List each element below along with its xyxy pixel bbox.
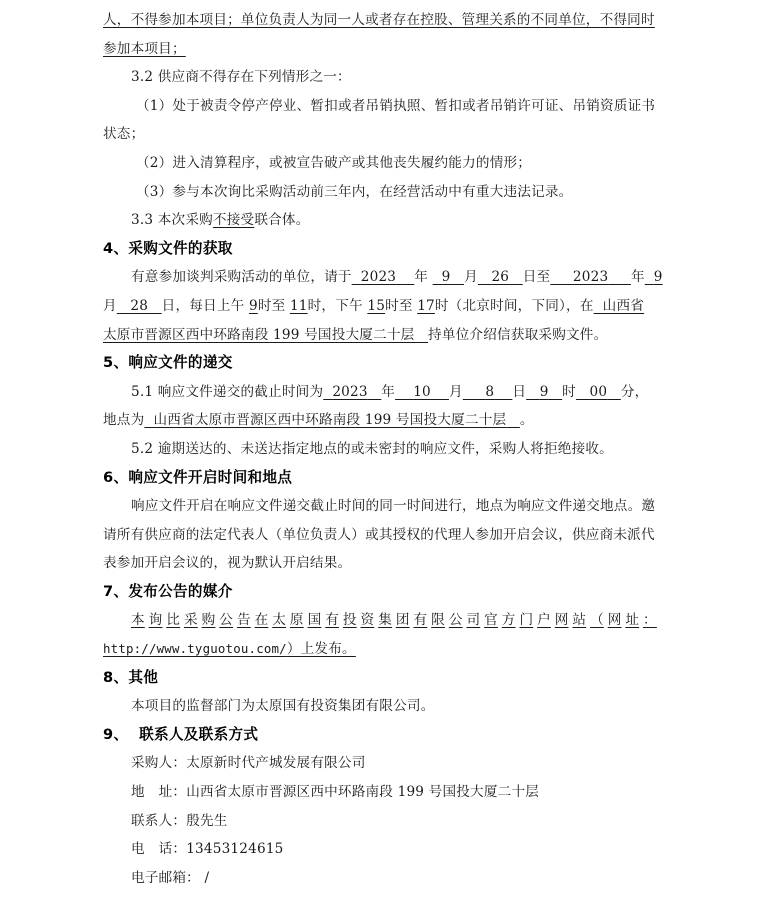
location-part1: 山西省 <box>594 292 644 321</box>
section-4-line1: 有意参加谈判采购活动的单位，请于 2023 年 9 月 26 日至 2023 年… <box>103 263 657 292</box>
contact-label: 采购人： <box>131 755 186 771</box>
char: 团 <box>396 606 410 635</box>
text: 。 <box>520 412 534 428</box>
document-page: 人，不得参加本项目；单位负责人为同一人或者存在控股、管理关系的不同单位，不得同时… <box>103 6 657 892</box>
pm-start: 15 <box>367 298 385 314</box>
char: 在 <box>255 606 269 635</box>
clause-3-2-item-2: （2）进入清算程序，或被宣告破产或其他丧失履约能力的情形； <box>103 149 657 178</box>
char: 国 <box>308 606 322 635</box>
text: 月 <box>103 298 117 314</box>
contact-value: 山西省太原市晋源区西中环路南段 199 号国投大厦二十层 <box>186 784 539 800</box>
text: ）上发布。 <box>287 641 356 657</box>
section-8-text: 本项目的监督部门为太原国有投资集团有限公司。 <box>103 692 657 721</box>
char: 告 <box>237 606 251 635</box>
section-6-line1: 响应文件开启在响应文件递交截止时间的同一时间进行，地点为响应文件递交地点。邀 <box>103 492 657 521</box>
deadline-day: 8 <box>463 378 513 407</box>
section-8-heading: 8、其他 <box>103 664 657 693</box>
text: 5.1 响应文件递交的截止时间为 <box>131 384 323 400</box>
start-year: 2023 <box>352 263 415 292</box>
text: 分， <box>621 384 649 400</box>
text: 月 <box>464 269 478 285</box>
underlined-text: 人，不得参加本项目；单位负责人为同一人或者存在控股、管理关系的不同单位，不得同时 <box>103 12 655 28</box>
text: 日至 <box>523 269 551 285</box>
deadline-hour: 9 <box>526 378 562 407</box>
contact-label: 电子邮箱： <box>131 870 200 886</box>
section-5-2: 5.2 逾期送达的、未送达指定地点的或未密封的响应文件，采购人将拒绝接收。 <box>103 435 657 464</box>
contact-address: 地 址：山西省太原市晋源区西中环路南段 199 号国投大厦二十层 <box>103 778 657 807</box>
text: 日 <box>512 384 526 400</box>
contact-person: 联系人：殷先生 <box>103 807 657 836</box>
publication-media-text: 本询比采购公告在太原国有投资集团有限公司官方门户网站（网址： <box>131 606 657 635</box>
para-3-1-line2: 参加本项目； <box>103 35 657 64</box>
section-4-heading: 4、采购文件的获取 <box>103 235 657 264</box>
char: 门 <box>519 606 533 635</box>
start-month: 9 <box>433 263 464 292</box>
pm-end: 17 <box>417 298 435 314</box>
contact-purchaser: 采购人：太原新时代产城发展有限公司 <box>103 749 657 778</box>
text: ，每日上午 <box>175 298 244 314</box>
text: 时（北京时间，下同），在 <box>435 298 594 314</box>
section-7-line2: http://www.tyguotou.com/）上发布。 <box>103 635 657 664</box>
char: 站 <box>572 606 586 635</box>
section-5-heading: 5、响应文件的递交 <box>103 349 657 378</box>
text: 年 <box>414 269 428 285</box>
char: 户 <box>537 606 551 635</box>
section-4-line2: 月 28 日，每日上午 9时至 11时，下午 15时至 17时（北京时间，下同）… <box>103 292 657 321</box>
end-year: 2023 <box>550 263 631 292</box>
text: 月 <box>449 384 463 400</box>
deadline-month: 10 <box>395 378 449 407</box>
clause-3-2-item-1: （1）处于被责令停产停业、暂扣或者吊销执照、暂扣或者吊销许可证、吊销资质证书 <box>103 92 657 121</box>
text: 地点为 <box>103 412 144 428</box>
am-start: 9 <box>249 298 258 314</box>
section-7-heading: 7、发布公告的媒介 <box>103 578 657 607</box>
text: 时，下午 <box>308 298 363 314</box>
contact-value: 太原新时代产城发展有限公司 <box>186 755 365 771</box>
section-9-heading: 9、 联系人及联系方式 <box>103 721 657 750</box>
char: 资 <box>361 606 375 635</box>
section-5-1-line1: 5.1 响应文件递交的截止时间为 2023 年 10 月 8 日 9 时 00 … <box>103 378 657 407</box>
char: 公 <box>219 606 233 635</box>
char: 询 <box>149 606 163 635</box>
website-url-link[interactable]: http://www.tyguotou.com/ <box>103 641 287 656</box>
contact-label: 地 址： <box>131 784 186 800</box>
contact-value: 13453124615 <box>186 841 283 857</box>
text: 年 <box>631 269 645 285</box>
text: 时至 <box>258 298 286 314</box>
clause-3-3-suffix: 联合体。 <box>254 212 309 228</box>
char: ： <box>643 606 657 635</box>
clause-3-2-item-3: （3）参与本次询比采购活动前三年内，在经营活动中有重大违法记录。 <box>103 178 657 207</box>
char: 方 <box>502 606 516 635</box>
section-6-line2: 请所有供应商的法定代表人（单位负责人）或其授权的代理人参加开启会议，供应商未派代 <box>103 521 657 550</box>
char: 投 <box>343 606 357 635</box>
char: 有 <box>414 606 428 635</box>
char: 比 <box>166 606 180 635</box>
text: 时至 <box>385 298 413 314</box>
char: 原 <box>290 606 304 635</box>
end-day: 28 <box>117 292 162 321</box>
char: 购 <box>202 606 216 635</box>
text: 时 <box>562 384 576 400</box>
clause-3-3: 3.3 本次采购不接受联合体。 <box>103 206 657 235</box>
char: 限 <box>431 606 445 635</box>
clause-3-2-title: 3.2 供应商不得存在下列情形之一： <box>103 63 657 92</box>
char: 有 <box>325 606 339 635</box>
start-day: 26 <box>478 263 523 292</box>
char: 网 <box>555 606 569 635</box>
underlined-text: 参加本项目； <box>103 41 186 57</box>
char: （ <box>590 606 604 635</box>
char: 公 <box>449 606 463 635</box>
char: 司 <box>466 606 480 635</box>
end-month: 9 <box>645 263 663 292</box>
char: 采 <box>184 606 198 635</box>
text: 年 <box>381 384 395 400</box>
location-part2: 太原市晋源区西中环路南段 199 号国投大厦二十层 <box>103 321 428 350</box>
para-3-1-line1: 人，不得参加本项目；单位负责人为同一人或者存在控股、管理关系的不同单位，不得同时 <box>103 6 657 35</box>
char: 本 <box>131 606 145 635</box>
section-6-heading: 6、响应文件开启时间和地点 <box>103 464 657 493</box>
char: 集 <box>378 606 392 635</box>
contact-label: 电 话： <box>131 841 186 857</box>
text: 日 <box>162 298 176 314</box>
deadline-year: 2023 <box>323 378 381 407</box>
char: 网 <box>608 606 622 635</box>
char: 太 <box>272 606 286 635</box>
contact-value: / <box>200 870 209 886</box>
am-end: 11 <box>290 298 308 314</box>
contact-phone: 电 话：13453124615 <box>103 835 657 864</box>
section-7-line1: 本询比采购公告在太原国有投资集团有限公司官方门户网站（网址： <box>103 606 657 635</box>
section-6-line3: 表参加开启会议的，视为默认开启结果。 <box>103 549 657 578</box>
deadline-minute: 00 <box>576 378 621 407</box>
section-5-1-line2: 地点为 山西省太原市晋源区西中环路南段 199 号国投大厦二十层 。 <box>103 406 657 435</box>
contact-value: 殷先生 <box>186 813 227 829</box>
clause-3-2-item-1-cont: 状态； <box>103 120 657 149</box>
contact-label: 联系人： <box>131 813 186 829</box>
char: 址 <box>625 606 639 635</box>
clause-3-3-prefix: 3.3 本次采购 <box>131 212 213 228</box>
text: 有意参加谈判采购活动的单位，请于 <box>131 269 352 285</box>
text: 持单位介绍信获取采购文件。 <box>428 327 607 343</box>
section-4-line3: 太原市晋源区西中环路南段 199 号国投大厦二十层 持单位介绍信获取采购文件。 <box>103 321 657 350</box>
clause-3-3-underlined: 不接受 <box>213 212 254 228</box>
contact-email: 电子邮箱： / <box>103 864 657 893</box>
char: 官 <box>484 606 498 635</box>
submission-place: 山西省太原市晋源区西中环路南段 199 号国投大厦二十层 <box>144 406 519 435</box>
